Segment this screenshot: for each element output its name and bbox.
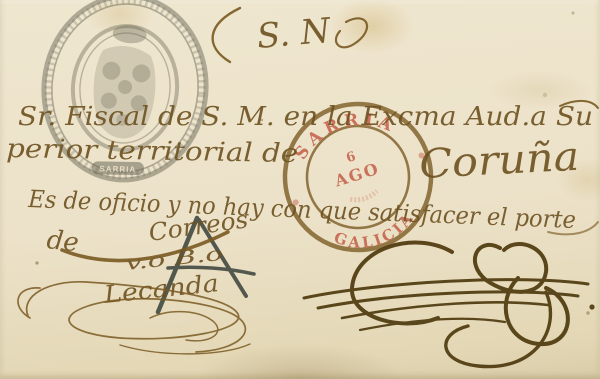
datestamp-day-text: 6 xyxy=(345,149,358,166)
signature-end-dot xyxy=(589,304,594,309)
letter-scan: SARRIA SARRIA GALICIA 6 AGO S. N Sr. Fis… xyxy=(0,0,600,379)
letter-artwork: SARRIA SARRIA GALICIA 6 AGO S. N Sr. Fis… xyxy=(0,0,600,379)
destination-text: Coruña xyxy=(418,134,580,188)
address-line-2: perior territorial de xyxy=(6,134,298,169)
signature-right-rubric xyxy=(304,243,595,367)
address-line-1: Sr. Fiscal de S. M. en la Excma Aud.a Su xyxy=(18,102,593,132)
top-initials-text: S. N xyxy=(255,11,333,57)
initials-tail-swash xyxy=(336,18,367,47)
initials-left-swash xyxy=(213,8,240,62)
